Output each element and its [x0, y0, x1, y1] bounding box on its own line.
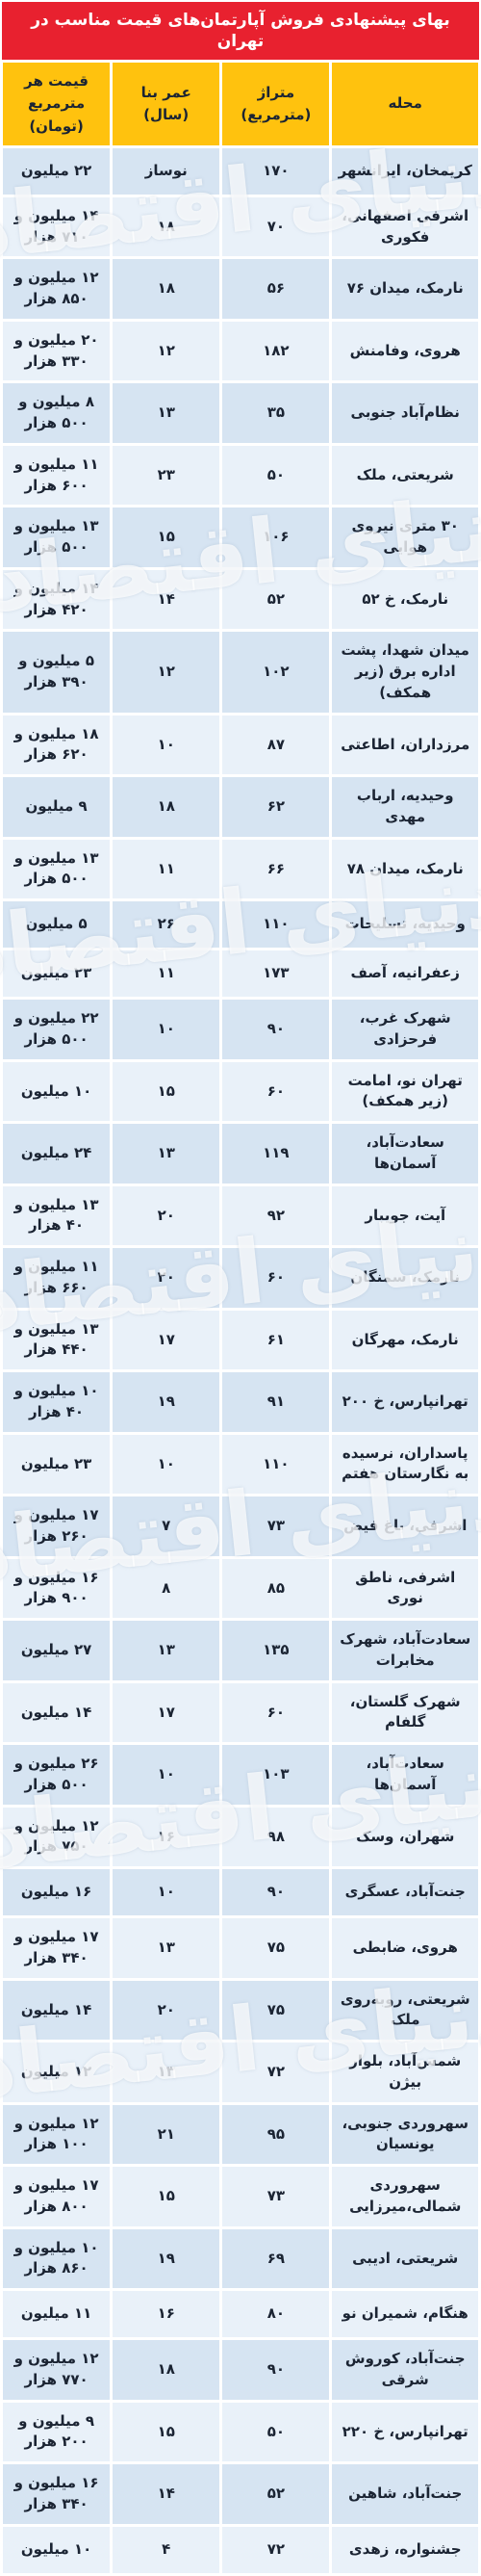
- price-cell: ۹ میلیون و ۲۰۰ هزار: [3, 2403, 110, 2462]
- table-row: شمس‌آباد، بلوار بیژن۷۲۱۳۱۲ میلیون: [3, 2043, 478, 2102]
- table-row: شریعتی، روبه‌روی ملک۷۵۲۰۱۴ میلیون: [3, 1981, 478, 2041]
- neighborhood-cell: شریعتی، روبه‌روی ملک: [332, 1981, 478, 2041]
- area-cell: ۱۳۵: [222, 1621, 329, 1680]
- age-cell: ۱۸: [113, 777, 219, 837]
- column-header-neighborhood-label: محله: [334, 92, 476, 115]
- price-cell: ۱۴ میلیون و ۴۲۰ هزار: [3, 570, 110, 630]
- age-cell: ۱۶: [113, 2291, 219, 2337]
- price-cell: ۹ میلیون: [3, 777, 110, 837]
- table-row: سهروردی جنوبی، یونسیان۹۵۲۱۱۲ میلیون و ۱۰…: [3, 2105, 478, 2165]
- column-header-area-line1: متراژ: [224, 82, 327, 104]
- price-cell: ۱۷ میلیون و ۳۴۰ هزار: [3, 1918, 110, 1978]
- area-cell: ۷۲: [222, 2527, 329, 2573]
- area-cell: ۹۰: [222, 1869, 329, 1915]
- neighborhood-cell: آیت، جویبار: [332, 1186, 478, 1246]
- neighborhood-cell: جنت‌آباد، شاهین: [332, 2464, 478, 2524]
- area-cell: ۵۶: [222, 259, 329, 319]
- price-cell: ۱۳ میلیون و ۴۴۰ هزار: [3, 1311, 110, 1370]
- price-cell: ۱۰ میلیون: [3, 2527, 110, 2573]
- table-row: پاسداران، نرسیده به نگارستان هفتم۱۱۰۱۰۲۳…: [3, 1435, 478, 1495]
- price-cell: ۵ میلیون: [3, 901, 110, 948]
- age-cell: ۸: [113, 1559, 219, 1619]
- neighborhood-cell: شهرک گلستان، گلفام: [332, 1683, 478, 1743]
- age-cell: ۱۹: [113, 1372, 219, 1432]
- price-cell: ۲۶ میلیون و ۵۰۰ هزار: [3, 1745, 110, 1805]
- table-row: جنت‌آباد، عسگری۹۰۱۰۱۶ میلیون: [3, 1869, 478, 1915]
- table-row: نظام‌آباد جنوبی۳۵۱۳۸ میلیون و ۵۰۰ هزار: [3, 383, 478, 443]
- age-cell: ۱۵: [113, 1062, 219, 1122]
- area-cell: ۹۲: [222, 1186, 329, 1246]
- neighborhood-cell: سهروردی شمالی،میرزایی: [332, 2167, 478, 2226]
- table-row: وحیدیه، ارباب مهدی۶۲۱۸۹ میلیون: [3, 777, 478, 837]
- price-cell: ۱۷ میلیون و ۲۶۰ هزار: [3, 1496, 110, 1556]
- age-cell: ۱۳: [113, 1124, 219, 1184]
- age-cell: ۱۸: [113, 259, 219, 319]
- age-cell: ۱۲: [113, 322, 219, 381]
- area-cell: ۷۵: [222, 1981, 329, 2041]
- price-cell: ۸ میلیون و ۵۰۰ هزار: [3, 383, 110, 443]
- neighborhood-cell: شهران، وسک: [332, 1808, 478, 1867]
- neighborhood-cell: نارمک، خ ۵۲: [332, 570, 478, 630]
- table-row: میدان شهدا، پشت اداره برق (زیر همکف)۱۰۲۱…: [3, 632, 478, 712]
- table-row: مرزداران، اطاعتی۸۷۱۰۱۸ میلیون و ۶۲۰ هزار: [3, 716, 478, 775]
- neighborhood-cell: شریعتی، ملک: [332, 446, 478, 506]
- neighborhood-cell: تهرانپارس، خ ۲۲۰: [332, 2403, 478, 2462]
- age-cell: ۱۲: [113, 632, 219, 712]
- neighborhood-cell: میدان شهدا، پشت اداره برق (زیر همکف): [332, 632, 478, 712]
- area-cell: ۹۰: [222, 1000, 329, 1059]
- table-row: نارمک، میدان ۷۶۵۶۱۸۱۲ میلیون و ۸۵۰ هزار: [3, 259, 478, 319]
- area-cell: ۷۳: [222, 2167, 329, 2226]
- age-cell: ۱۰: [113, 1745, 219, 1805]
- price-cell: ۱۰ میلیون و ۴۰ هزار: [3, 1372, 110, 1432]
- neighborhood-cell: نظام‌آباد جنوبی: [332, 383, 478, 443]
- table-row: جنت‌آباد، شاهین۵۲۱۴۱۶ میلیون و ۳۴۰ هزار: [3, 2464, 478, 2524]
- age-cell: ۱۸: [113, 2340, 219, 2400]
- price-cell: ۲۳ میلیون: [3, 1435, 110, 1495]
- price-cell: ۱۶ میلیون: [3, 1869, 110, 1915]
- neighborhood-cell: تهرانپارس، خ ۲۰۰: [332, 1372, 478, 1432]
- area-cell: ۹۸: [222, 1808, 329, 1867]
- table-row: شهرک گلستان، گلفام۶۰۱۷۱۴ میلیون: [3, 1683, 478, 1743]
- table-row: هروی، ضابطی۷۵۱۳۱۷ میلیون و ۳۴۰ هزار: [3, 1918, 478, 1978]
- table-row: هروی، وفامنش۱۸۲۱۲۲۰ میلیون و ۳۳۰ هزار: [3, 322, 478, 381]
- column-header-age-line2: (سال): [114, 104, 217, 126]
- table-row: وحیدیه، تسلیحات۱۱۰۲۶۵ میلیون: [3, 901, 478, 948]
- age-cell: ۱۵: [113, 2167, 219, 2226]
- area-cell: ۱۱۹: [222, 1124, 329, 1184]
- table-row: شهران، وسک۹۸۱۶۱۲ میلیون و ۷۵۰ هزار: [3, 1808, 478, 1867]
- area-cell: ۹۵: [222, 2105, 329, 2165]
- age-cell: ۲۳: [113, 446, 219, 506]
- neighborhood-cell: کریمخان، ایرانشهر: [332, 148, 478, 195]
- neighborhood-cell: اشرفی، ناطق نوری: [332, 1559, 478, 1619]
- neighborhood-cell: ۳۰ متری نیروی هوایی: [332, 507, 478, 567]
- neighborhood-cell: شریعتی، ادیبی: [332, 2229, 478, 2289]
- neighborhood-cell: اشرفی، باغ فیض: [332, 1496, 478, 1556]
- area-cell: ۶۰: [222, 1062, 329, 1122]
- neighborhood-cell: جشنواره، زهدی: [332, 2527, 478, 2573]
- age-cell: ۱۱: [113, 840, 219, 899]
- table-row: تهرانپارس، خ ۲۰۰۹۱۱۹۱۰ میلیون و ۴۰ هزار: [3, 1372, 478, 1432]
- price-cell: ۲۲ میلیون و ۵۰۰ هزار: [3, 1000, 110, 1059]
- table-row: اشرفی، باغ فیض۷۳۷۱۷ میلیون و ۲۶۰ هزار: [3, 1496, 478, 1556]
- age-cell: ۲۶: [113, 901, 219, 948]
- area-cell: ۱۰۳: [222, 1745, 329, 1805]
- area-cell: ۵۰: [222, 446, 329, 506]
- age-cell: ۲۱: [113, 2105, 219, 2165]
- price-cell: ۲۷ میلیون: [3, 1621, 110, 1680]
- price-cell: ۱۳ میلیون و ۴۰ هزار: [3, 1186, 110, 1246]
- neighborhood-cell: شهرک غرب، فرحزادی: [332, 1000, 478, 1059]
- price-cell: ۱۲ میلیون و ۸۵۰ هزار: [3, 259, 110, 319]
- table-row: جشنواره، زهدی۷۲۴۱۰ میلیون: [3, 2527, 478, 2573]
- table-row: نارمک، سمنگان۶۰۲۰۱۱ میلیون و ۶۶۰ هزار: [3, 1248, 478, 1308]
- age-cell: ۱۳: [113, 1918, 219, 1978]
- newspaper-table-page: بهای پیشنهادی فروش آپارتمان‌های قیمت منا…: [0, 0, 481, 2576]
- age-cell: ۱۰: [113, 716, 219, 775]
- table-row: نارمک، مهرگان۶۱۱۷۱۳ میلیون و ۴۴۰ هزار: [3, 1311, 478, 1370]
- table-row: اشرفی، ناطق نوری۸۵۸۱۶ میلیون و ۹۰۰ هزار: [3, 1559, 478, 1619]
- price-cell: ۵ میلیون و ۳۹۰ هزار: [3, 632, 110, 712]
- area-cell: ۶۱: [222, 1311, 329, 1370]
- age-cell: ۱۵: [113, 507, 219, 567]
- neighborhood-cell: نارمک، مهرگان: [332, 1311, 478, 1370]
- neighborhood-cell: نارمک، میدان ۷۸: [332, 840, 478, 899]
- neighborhood-cell: وحیدیه، تسلیحات: [332, 901, 478, 948]
- area-cell: ۱۰۲: [222, 632, 329, 712]
- area-cell: ۱۷۰: [222, 148, 329, 195]
- age-cell: ۱۷: [113, 1311, 219, 1370]
- table-row: شریعتی، ملک۵۰۲۳۱۱ میلیون و ۶۰۰ هزار: [3, 446, 478, 506]
- area-cell: ۱۸۲: [222, 322, 329, 381]
- table-row: هنگام، شمیران نو۸۰۱۶۱۱ میلیون: [3, 2291, 478, 2337]
- age-cell: ۱۴: [113, 2464, 219, 2524]
- table-row: شهرک غرب، فرحزادی۹۰۱۰۲۲ میلیون و ۵۰۰ هزا…: [3, 1000, 478, 1059]
- column-header-price-line2: مترمربع (تومان): [5, 92, 108, 138]
- price-cell: ۱۴ میلیون: [3, 1981, 110, 2041]
- area-cell: ۱۷۳: [222, 950, 329, 997]
- price-cell: ۱۱ میلیون و ۶۰۰ هزار: [3, 446, 110, 506]
- price-cell: ۱۲ میلیون و ۱۰۰ هزار: [3, 2105, 110, 2165]
- area-cell: ۶۶: [222, 840, 329, 899]
- neighborhood-cell: پاسداران، نرسیده به نگارستان هفتم: [332, 1435, 478, 1495]
- table-row: سعادت‌آباد، آسمان‌ها۱۱۹۱۳۲۴ میلیون: [3, 1124, 478, 1184]
- area-cell: ۱۱۰: [222, 1435, 329, 1495]
- table-body: کریمخان، ایرانشهر۱۷۰نوساز۲۲ میلیوناشرفی …: [3, 148, 478, 2573]
- area-cell: ۱۱۰: [222, 901, 329, 948]
- age-cell: ۱۳: [113, 1621, 219, 1680]
- price-cell: ۲۳ میلیون: [3, 950, 110, 997]
- price-cell: ۱۱ میلیون و ۶۶۰ هزار: [3, 1248, 110, 1308]
- neighborhood-cell: سعادت‌آباد، شهرک مخابرات: [332, 1621, 478, 1680]
- neighborhood-cell: هنگام، شمیران نو: [332, 2291, 478, 2337]
- age-cell: نوساز: [113, 148, 219, 195]
- price-cell: ۲۴ میلیون: [3, 1124, 110, 1184]
- price-cell: ۱۰ میلیون: [3, 1062, 110, 1122]
- area-cell: ۹۰: [222, 2340, 329, 2400]
- table-row: نارمک، میدان ۷۸۶۶۱۱۱۳ میلیون و ۵۰۰ هزار: [3, 840, 478, 899]
- area-cell: ۸۷: [222, 716, 329, 775]
- column-header-neighborhood: محله: [332, 63, 478, 145]
- table-header: محله متراژ (مترمربع) عمر بنا (سال) قیمت …: [3, 63, 478, 145]
- column-header-price-line1: قیمت هر: [5, 70, 108, 92]
- area-cell: ۵۲: [222, 2464, 329, 2524]
- age-cell: ۷: [113, 1496, 219, 1556]
- age-cell: ۱۸: [113, 197, 219, 257]
- area-cell: ۶۰: [222, 1248, 329, 1308]
- area-cell: ۳۵: [222, 383, 329, 443]
- neighborhood-cell: مرزداران، اطاعتی: [332, 716, 478, 775]
- neighborhood-cell: شمس‌آباد، بلوار بیژن: [332, 2043, 478, 2102]
- table-row: سعادت‌آباد، شهرک مخابرات۱۳۵۱۳۲۷ میلیون: [3, 1621, 478, 1680]
- table-row: سعادت‌آباد، آسمان‌ها۱۰۳۱۰۲۶ میلیون و ۵۰۰…: [3, 1745, 478, 1805]
- price-cell: ۲۰ میلیون و ۳۳۰ هزار: [3, 322, 110, 381]
- price-cell: ۱۱ میلیون: [3, 2291, 110, 2337]
- table-row: اشرفی اصفهانی، فکوری۷۰۱۸۱۴ میلیون و ۷۱۰ …: [3, 197, 478, 257]
- price-cell: ۱۰ میلیون و ۸۶۰ هزار: [3, 2229, 110, 2289]
- area-cell: ۷۳: [222, 1496, 329, 1556]
- column-header-age: عمر بنا (سال): [113, 63, 219, 145]
- neighborhood-cell: جنت‌آباد، عسگری: [332, 1869, 478, 1915]
- age-cell: ۱۶: [113, 1808, 219, 1867]
- neighborhood-cell: سعادت‌آباد، آسمان‌ها: [332, 1745, 478, 1805]
- neighborhood-cell: سعادت‌آباد، آسمان‌ها: [332, 1124, 478, 1184]
- area-cell: ۸۵: [222, 1559, 329, 1619]
- table-row: تهران نو، امامت (زیر همکف)۶۰۱۵۱۰ میلیون: [3, 1062, 478, 1122]
- price-cell: ۱۶ میلیون و ۳۴۰ هزار: [3, 2464, 110, 2524]
- age-cell: ۱۰: [113, 1435, 219, 1495]
- column-header-area: متراژ (مترمربع): [222, 63, 329, 145]
- neighborhood-cell: تهران نو، امامت (زیر همکف): [332, 1062, 478, 1122]
- price-cell: ۱۴ میلیون: [3, 1683, 110, 1743]
- area-cell: ۵۰: [222, 2403, 329, 2462]
- price-cell: ۱۲ میلیون و ۷۵۰ هزار: [3, 1808, 110, 1867]
- column-header-price: قیمت هر مترمربع (تومان): [3, 63, 110, 145]
- table-row: نارمک، خ ۵۲۵۲۱۴۱۴ میلیون و ۴۲۰ هزار: [3, 570, 478, 630]
- price-cell: ۱۳ میلیون و ۵۰۰ هزار: [3, 840, 110, 899]
- table-row: کریمخان، ایرانشهر۱۷۰نوساز۲۲ میلیون: [3, 148, 478, 195]
- area-cell: ۱۰۶: [222, 507, 329, 567]
- age-cell: ۱۵: [113, 2403, 219, 2462]
- age-cell: ۱۷: [113, 1683, 219, 1743]
- neighborhood-cell: نارمک، میدان ۷۶: [332, 259, 478, 319]
- neighborhood-cell: سهروردی جنوبی، یونسیان: [332, 2105, 478, 2165]
- table-row: ۳۰ متری نیروی هوایی۱۰۶۱۵۱۳ میلیون و ۵۰۰ …: [3, 507, 478, 567]
- area-cell: ۷۲: [222, 2043, 329, 2102]
- neighborhood-cell: جنت‌آباد، کوروش شرقی: [332, 2340, 478, 2400]
- table-row: آیت، جویبار۹۲۲۰۱۳ میلیون و ۴۰ هزار: [3, 1186, 478, 1246]
- price-cell: ۱۶ میلیون و ۹۰۰ هزار: [3, 1559, 110, 1619]
- price-cell: ۱۷ میلیون و ۸۰۰ هزار: [3, 2167, 110, 2226]
- neighborhood-cell: هروی، ضابطی: [332, 1918, 478, 1978]
- price-cell: ۱۴ میلیون و ۷۱۰ هزار: [3, 197, 110, 257]
- age-cell: ۱۳: [113, 2043, 219, 2102]
- price-cell: ۱۲ میلیون و ۷۷۰ هزار: [3, 2340, 110, 2400]
- table-row: تهرانپارس، خ ۲۲۰۵۰۱۵۹ میلیون و ۲۰۰ هزار: [3, 2403, 478, 2462]
- table-row: زعفرانیه، آصف۱۷۳۱۱۲۳ میلیون: [3, 950, 478, 997]
- age-cell: ۱۹: [113, 2229, 219, 2289]
- area-cell: ۶۲: [222, 777, 329, 837]
- table-title: بهای پیشنهادی فروش آپارتمان‌های قیمت منا…: [2, 2, 479, 60]
- table-row: سهروردی شمالی،میرزایی۷۳۱۵۱۷ میلیون و ۸۰۰…: [3, 2167, 478, 2226]
- age-cell: ۱۳: [113, 383, 219, 443]
- age-cell: ۱۰: [113, 1869, 219, 1915]
- age-cell: ۱۴: [113, 570, 219, 630]
- area-cell: ۶۰: [222, 1683, 329, 1743]
- age-cell: ۴: [113, 2527, 219, 2573]
- area-cell: ۵۲: [222, 570, 329, 630]
- age-cell: ۱۱: [113, 950, 219, 997]
- age-cell: ۲۰: [113, 1981, 219, 2041]
- table-row: جنت‌آباد، کوروش شرقی۹۰۱۸۱۲ میلیون و ۷۷۰ …: [3, 2340, 478, 2400]
- area-cell: ۷۰: [222, 197, 329, 257]
- neighborhood-cell: وحیدیه، ارباب مهدی: [332, 777, 478, 837]
- price-cell: ۱۳ میلیون و ۵۰۰ هزار: [3, 507, 110, 567]
- area-cell: ۸۰: [222, 2291, 329, 2337]
- column-header-age-line1: عمر بنا: [114, 82, 217, 104]
- price-cell: ۱۸ میلیون و ۶۲۰ هزار: [3, 716, 110, 775]
- table-row: شریعتی، ادیبی۶۹۱۹۱۰ میلیون و ۸۶۰ هزار: [3, 2229, 478, 2289]
- age-cell: ۱۰: [113, 1000, 219, 1059]
- area-cell: ۹۱: [222, 1372, 329, 1432]
- area-cell: ۷۵: [222, 1918, 329, 1978]
- neighborhood-cell: اشرفی اصفهانی، فکوری: [332, 197, 478, 257]
- neighborhood-cell: زعفرانیه، آصف: [332, 950, 478, 997]
- price-cell: ۲۲ میلیون: [3, 148, 110, 195]
- price-cell: ۱۲ میلیون: [3, 2043, 110, 2102]
- apartment-price-table: محله متراژ (مترمربع) عمر بنا (سال) قیمت …: [0, 60, 481, 2576]
- age-cell: ۲۰: [113, 1186, 219, 1246]
- neighborhood-cell: هروی، وفامنش: [332, 322, 478, 381]
- neighborhood-cell: نارمک، سمنگان: [332, 1248, 478, 1308]
- age-cell: ۲۰: [113, 1248, 219, 1308]
- area-cell: ۶۹: [222, 2229, 329, 2289]
- column-header-area-line2: (مترمربع): [224, 104, 327, 126]
